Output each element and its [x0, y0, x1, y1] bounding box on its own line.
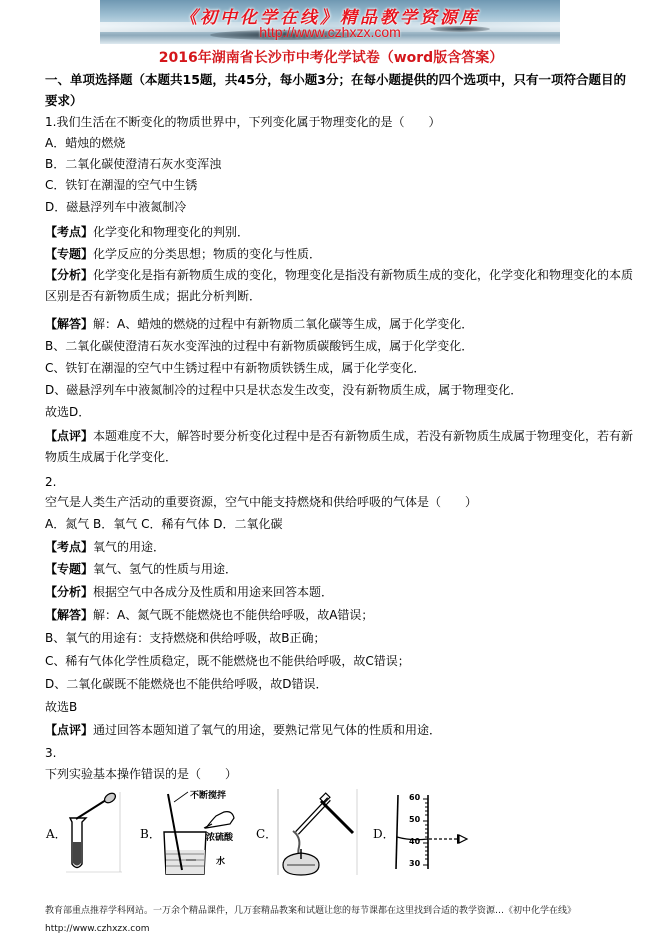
question-1-jieda: 【解答】解：A、蜡烛的燃烧的过程中有新物质二氧化碳等生成，属于化学变化． — [45, 316, 473, 332]
zhuanti-label: 【专题】 — [45, 247, 93, 261]
fenxi-label: 【分析】 — [45, 585, 93, 599]
question-1-option-c: C．铁钉在潮湿的空气中生锈 — [45, 177, 197, 193]
question-1-jieda-c: C、铁钉在潮湿的空气中生锈过程中有新物质铁锈生成，属于化学变化． — [45, 360, 425, 376]
question-1-answer: 故选D． — [45, 404, 90, 420]
jieda-label: 【解答】 — [45, 317, 93, 331]
annotation-stirring: 不断搅拌 — [190, 788, 226, 801]
question-3-stem: 下列实验基本操作错误的是（ ） — [45, 766, 237, 782]
scale-50: 50 — [409, 815, 420, 824]
scale-60: 60 — [409, 793, 420, 802]
banner-url[interactable]: http://www.czhxzx.com — [100, 24, 560, 40]
question-2-options: A．氮气 B．氧气 C．稀有气体 D．二氧化碳 — [45, 516, 283, 532]
question-1-option-d: D．磁悬浮列车中液氮制冷 — [45, 199, 186, 215]
question-2-zhuanti: 【专题】氧气、氢气的性质与用途． — [45, 561, 237, 577]
fenxi-label: 【分析】 — [45, 268, 93, 282]
dianping-text: 通过回答本题知道了氧气的用途，要熟记常见气体的性质和用途． — [93, 723, 441, 737]
fenxi-text: 化学变化是指有新物质生成的变化，物理变化是指没有新物质生成的变化，化学变化和物理… — [45, 268, 633, 303]
zhuanti-text: 化学反应的分类思想；物质的变化与性质． — [93, 247, 321, 261]
test-tube-spoon-icon — [66, 792, 122, 874]
question-2-jieda-c: C、稀有气体化学性质稳定，既不能燃烧也不能供给呼吸，故C错误； — [45, 653, 410, 669]
question-3-option-c-label: C． — [256, 825, 277, 842]
question-2-answer: 故选B — [45, 699, 77, 715]
question-2-kaodian: 【考点】氧气的用途． — [45, 539, 165, 555]
scale-40: 40 — [409, 837, 420, 846]
dianping-label: 【点评】 — [45, 723, 93, 737]
page-title: 2016年湖南省长沙市中考化学试卷（word版含答案） — [0, 47, 662, 67]
question-1-kaodian: 【考点】化学变化和物理变化的判别． — [45, 224, 249, 240]
graduated-cylinder-reading-icon: 60 50 40 30 — [393, 793, 473, 871]
question-1-zhuanti: 【专题】化学反应的分类思想；物质的变化与性质． — [45, 246, 321, 262]
question-2-fenxi: 【分析】根据空气中各成分及性质和用途来回答本题． — [45, 584, 333, 600]
jieda-line-1: 解：A、蜡烛的燃烧的过程中有新物质二氧化碳等生成，属于化学变化． — [93, 317, 473, 331]
question-1-dianping: 【点评】本题难度不大，解答时要分析变化过程中是否有新物质生成，若没有新物质生成属… — [45, 426, 635, 468]
page-footer: 教育部重点推荐学科网站。一万余个精品课件，几万套精品教案和试题让您的每节课都在这… — [45, 902, 635, 935]
question-1-stem: 1.我们生活在不断变化的物质世界中，下列变化属于物理变化的是（ ） — [45, 114, 440, 130]
question-2-number: 2. — [45, 474, 56, 490]
dianping-label: 【点评】 — [45, 429, 93, 443]
test-tube-heating-icon — [277, 789, 359, 877]
question-1-jieda-b: B、二氧化碳使澄清石灰水变浑浊的过程中有新物质碳酸钙生成，属于化学变化． — [45, 338, 473, 354]
annotation-sulfuric-acid: 浓硫酸 — [206, 830, 233, 843]
kaodian-label: 【考点】 — [45, 225, 93, 239]
question-1-fenxi: 【分析】化学变化是指有新物质生成的变化，物理变化是指没有新物质生成的变化，化学变… — [45, 265, 635, 307]
header-banner: 《初中化学在线》精品教学资源库 http://www.czhxzx.com — [100, 0, 560, 44]
zhuanti-text: 氧气、氢气的性质与用途． — [93, 562, 237, 576]
kaodian-label: 【考点】 — [45, 540, 93, 554]
question-2-jieda-b: B、氧气的用途有：支持燃烧和供给呼吸，故B正确； — [45, 630, 325, 646]
question-2-stem: 空气是人类生产活动的重要资源，空气中能支持燃烧和供给呼吸的气体是（ ） — [45, 494, 477, 510]
question-2-jieda: 【解答】解：A、氮气既不能燃烧也不能供给呼吸，故A错误； — [45, 607, 373, 623]
dianping-text: 本题难度不大，解答时要分析变化过程中是否有新物质生成，若没有新物质生成属于物理变… — [45, 429, 633, 464]
beaker-stirring-icon: 不断搅拌 浓硫酸 水 — [160, 788, 238, 878]
footer-text: 教育部重点推荐学科网站。一万余个精品课件，几万套精品教案和试题让您的每节课都在这… — [45, 906, 576, 916]
section-header: 一、单项选择题（本题共15题，共45分，每小题3分；在每小题提供的四个选项中，只… — [45, 70, 630, 111]
question-2-jieda-d: D、二氧化碳既不能燃烧也不能供给呼吸，故D错误． — [45, 676, 327, 692]
question-1-option-a: A．蜡烛的燃烧 — [45, 135, 125, 151]
footer-url[interactable]: http://www.czhxzx.com — [45, 924, 150, 934]
question-1-jieda-d: D、磁悬浮列车中液氮制冷的过程中只是状态发生改变，没有新物质生成，属于物理变化． — [45, 382, 522, 398]
kaodian-text: 氧气的用途． — [93, 540, 165, 554]
jieda-line-1: 解：A、氮气既不能燃烧也不能供给呼吸，故A错误； — [93, 608, 373, 622]
zhuanti-label: 【专题】 — [45, 562, 93, 576]
scale-30: 30 — [409, 859, 420, 868]
question-3-option-b-label: B． — [140, 825, 161, 842]
fenxi-text: 根据空气中各成分及性质和用途来回答本题． — [93, 585, 333, 599]
question-3-number: 3. — [45, 745, 56, 761]
question-1-option-b: B．二氧化碳使澄清石灰水变浑浊 — [45, 156, 221, 172]
question-2-dianping: 【点评】通过回答本题知道了氧气的用途，要熟记常见气体的性质和用途． — [45, 722, 441, 738]
kaodian-text: 化学变化和物理变化的判别． — [93, 225, 249, 239]
question-3-option-d-label: D． — [373, 825, 395, 842]
jieda-label: 【解答】 — [45, 608, 93, 622]
annotation-water: 水 — [216, 854, 225, 867]
question-3-option-a-label: A． — [46, 825, 67, 842]
